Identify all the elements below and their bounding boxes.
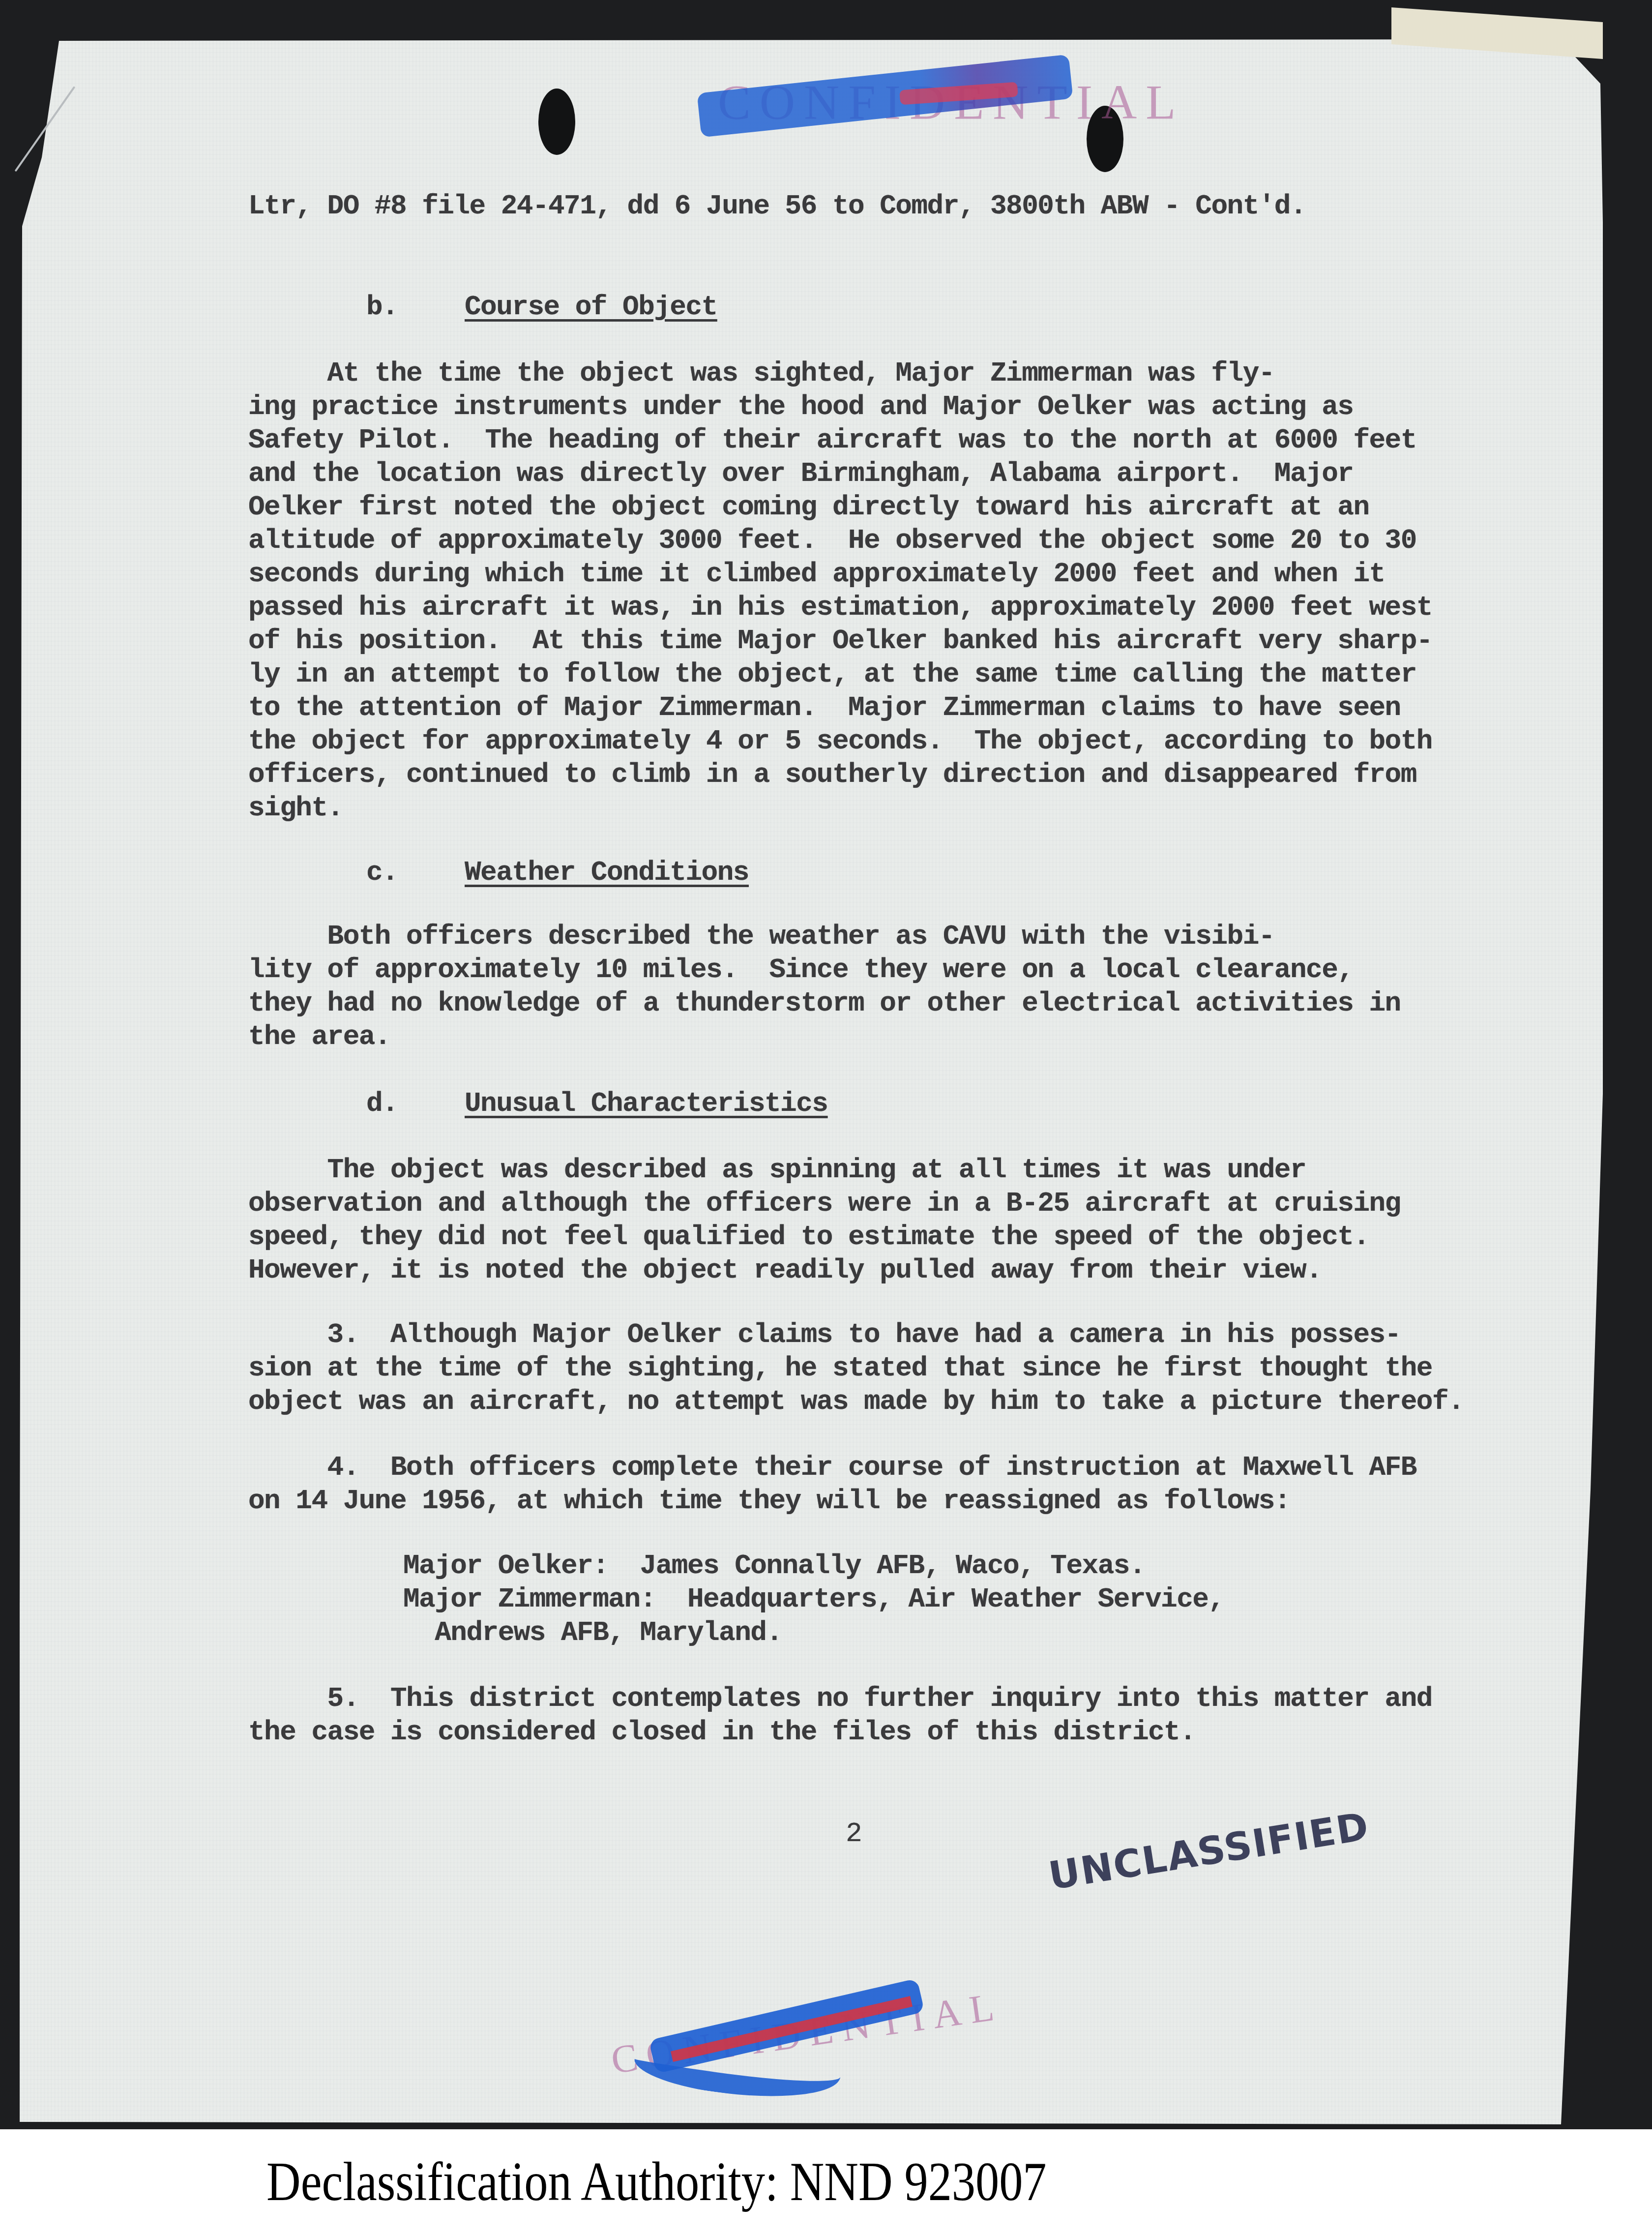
punch-hole-icon [538, 89, 575, 155]
text-line: The object was described as spinning at … [248, 1153, 1401, 1187]
text-line: passed his aircraft it was, in his estim… [248, 591, 1432, 624]
paragraph-4: 4. Both officers complete their course o… [248, 1451, 1416, 1518]
reassignment-zimmerman: Major Zimmerman: Headquarters, Air Weath… [403, 1582, 1224, 1616]
text-line: officers, continued to climb in a southe… [248, 758, 1432, 791]
text-line: Oelker first noted the object coming dir… [248, 490, 1432, 524]
text-line: At the time the object was sighted, Majo… [248, 357, 1432, 390]
text-line: lity of approximately 10 miles. Since th… [248, 953, 1401, 986]
paragraph-3: 3. Although Major Oelker claims to have … [248, 1318, 1464, 1418]
text-line: ing practice instruments under the hood … [248, 390, 1432, 423]
section-d-body: The object was described as spinning at … [248, 1153, 1401, 1287]
text-line: 4. Both officers complete their course o… [248, 1451, 1416, 1484]
section-b-title: Course of Object [465, 290, 717, 324]
text-line: 3. Although Major Oelker claims to have … [248, 1318, 1464, 1351]
text-line: altitude of approximately 3000 feet. He … [248, 524, 1432, 557]
text-line: Both officers described the weather as C… [248, 920, 1401, 953]
text-line: However, it is noted the object readily … [248, 1253, 1401, 1287]
section-b-body: At the time the object was sighted, Majo… [248, 357, 1432, 825]
text-line: the object for approximately 4 or 5 seco… [248, 724, 1432, 758]
letter-reference-header: Ltr, DO #8 file 24-471, dd 6 June 56 to … [248, 189, 1306, 223]
reassignment-oelker: Major Oelker: James Connally AFB, Waco, … [403, 1549, 1224, 1582]
reassignment-zimmerman-cont: Andrews AFB, Maryland. [403, 1616, 1224, 1649]
section-d-label: d. [366, 1087, 398, 1120]
text-line: to the attention of Major Zimmerman. Maj… [248, 691, 1432, 724]
text-line: object was an aircraft, no attempt was m… [248, 1385, 1464, 1418]
declassification-authority-text: Declassification Authority: NND 923007 [266, 2150, 1046, 2214]
text-line: sight. [248, 791, 1432, 825]
reassignment-list: Major Oelker: James Connally AFB, Waco, … [403, 1549, 1224, 1649]
text-line: they had no knowledge of a thunderstorm … [248, 986, 1401, 1020]
text-line: sion at the time of the sighting, he sta… [248, 1351, 1464, 1385]
text-line: the case is considered closed in the fil… [248, 1715, 1432, 1749]
section-c-title: Weather Conditions [465, 856, 749, 889]
section-d-title: Unusual Characteristics [465, 1087, 827, 1120]
page-number: 2 [846, 1817, 861, 1850]
text-line: on 14 June 1956, at which time they will… [248, 1484, 1416, 1518]
text-line: of his position. At this time Major Oelk… [248, 624, 1432, 657]
text-line: seconds during which time it climbed app… [248, 557, 1432, 591]
scan-background: CONFIDENTIAL Ltr, DO #8 file 24-471, dd … [0, 0, 1652, 2129]
section-c-body: Both officers described the weather as C… [248, 920, 1401, 1053]
text-line: 5. This district contemplates no further… [248, 1682, 1432, 1715]
text-line: observation and although the officers we… [248, 1187, 1401, 1220]
declassification-footer: Declassification Authority: NND 923007 [0, 2129, 1652, 2235]
text-line: speed, they did not feel qualified to es… [248, 1220, 1401, 1253]
section-b-label: b. [366, 290, 398, 324]
text-line: and the location was directly over Birmi… [248, 457, 1432, 490]
paragraph-5: 5. This district contemplates no further… [248, 1682, 1432, 1749]
text-line: Safety Pilot. The heading of their aircr… [248, 423, 1432, 457]
text-line: the area. [248, 1020, 1401, 1053]
section-c-label: c. [366, 856, 398, 889]
text-line: ly in an attempt to follow the object, a… [248, 657, 1432, 691]
